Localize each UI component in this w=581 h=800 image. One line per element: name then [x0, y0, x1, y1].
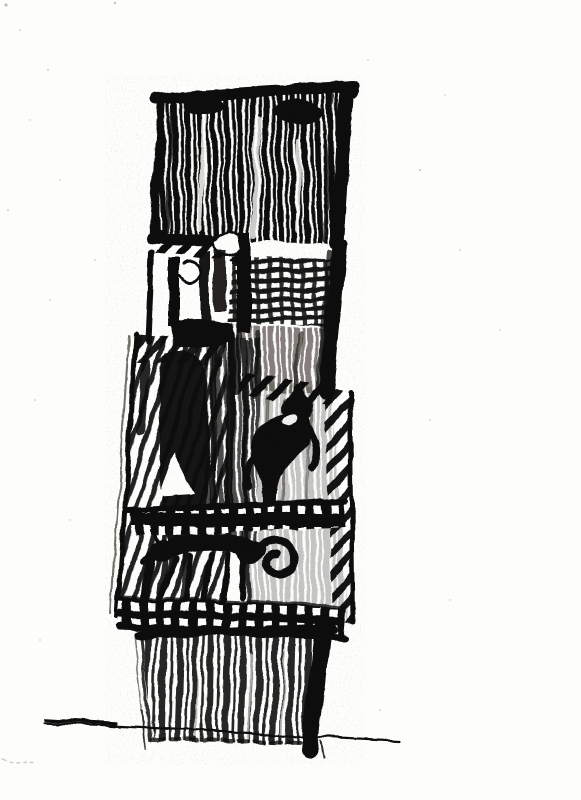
sketch-svg — [0, 0, 581, 800]
scan-grain-overlay — [105, 75, 365, 765]
ink-sketch-artwork — [0, 0, 581, 800]
